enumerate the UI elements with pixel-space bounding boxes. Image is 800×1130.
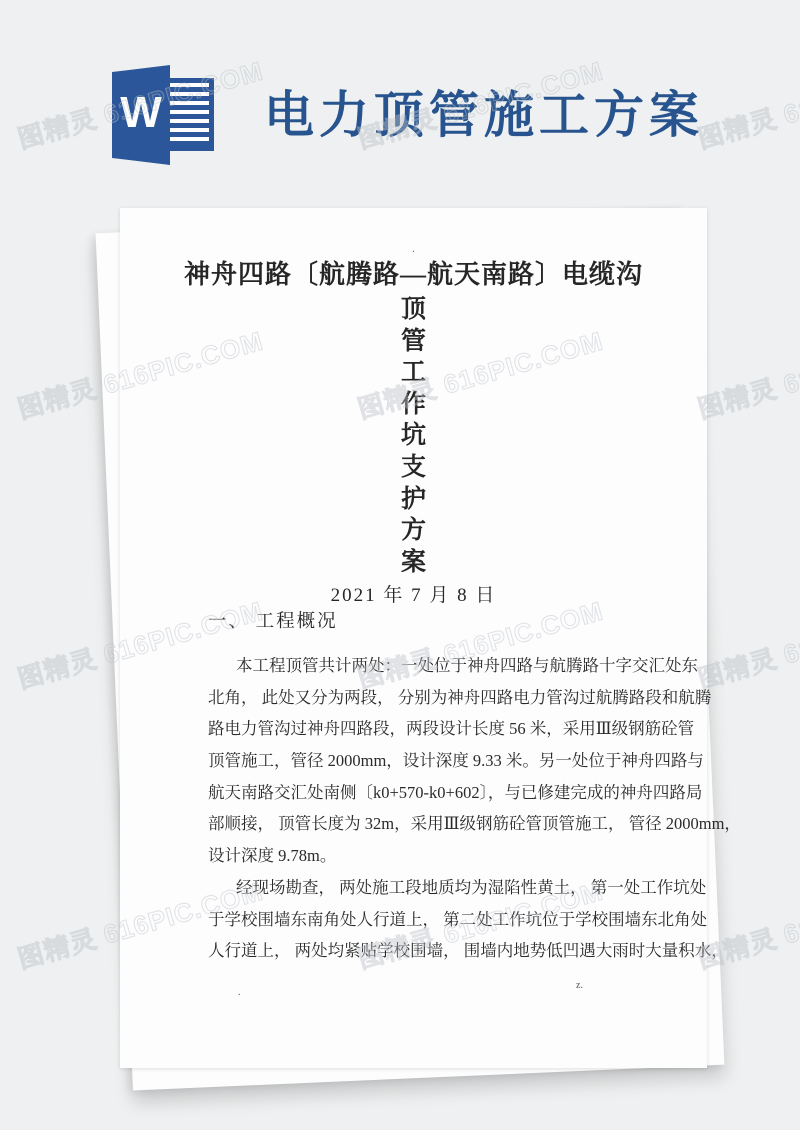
vertical-title-char: 顶 <box>120 294 707 326</box>
body-line: 于学校围墙东南角处人行道上， 第二处工作坑位于学校围墙东北角处 <box>208 904 686 936</box>
footer-mark-left: . <box>238 988 241 998</box>
footer-mark-right: z. <box>576 981 583 991</box>
body-line: 北角， 此处又分为两段， 分别为神舟四路电力管沟过航腾路段和航腾 <box>208 682 686 714</box>
vertical-title-char: 方 <box>120 515 707 547</box>
body-line: 本工程顶管共计两处：一处位于神舟四路与航腾路十字交汇处东 <box>208 650 686 682</box>
header: W 电力顶管施工方案 <box>112 64 704 166</box>
watermark: 图精灵 616PIC.COM <box>693 321 800 427</box>
vertical-title-char: 管 <box>120 326 707 358</box>
body-line: 路电力管沟过神舟四路段，两段设计长度 56 米，采用Ⅲ级钢筋砼管 <box>208 713 686 745</box>
body-line: 设计深度 9.78m。 <box>208 840 686 872</box>
document-page: . 神舟四路〔航腾路—航天南路〕电缆沟 顶 管 工 作 坑 支 护 方 案 20… <box>120 208 707 1068</box>
vertical-title-char: 支 <box>120 452 707 484</box>
body-line: 经现场勘查， 两处施工段地质均为湿陷性黄土， 第一处工作坑处 <box>208 872 686 904</box>
section-heading: 一、 工程概况 <box>208 612 686 632</box>
body-line: 人行道上， 两处均紧贴学校围墙， 围墙内地势低凹遇大雨时大量积水， <box>208 935 686 967</box>
vertical-title-char: 作 <box>120 389 707 421</box>
document-title: 神舟四路〔航腾路—航天南路〕电缆沟 <box>120 254 707 291</box>
word-letter: W <box>120 91 162 139</box>
vertical-title-char: 护 <box>120 484 707 516</box>
document-vertical-title: 顶 管 工 作 坑 支 护 方 案 <box>120 294 707 578</box>
body-line: 部顺接， 顶管长度为 32m，采用Ⅲ级钢筋砼管顶管施工， 管径 2000mm， <box>208 808 686 840</box>
document-body: 一、 工程概况 本工程顶管共计两处：一处位于神舟四路与航腾路十字交汇处东 北角，… <box>208 612 686 967</box>
preview-canvas: W 电力顶管施工方案 . 神舟四路〔航腾路—航天南路〕电缆沟 顶 管 工 作 坑… <box>0 0 800 1130</box>
page-title: 电力顶管施工方案 <box>264 90 704 140</box>
document-date: 2021 年 7 月 8 日 <box>120 580 707 607</box>
body-line: 航天南路交汇处南侧〔k0+570-k0+602〕，与已修建完成的神舟四路局 <box>208 777 686 809</box>
word-icon: W <box>112 65 214 165</box>
word-document-sheet-icon <box>164 78 214 151</box>
word-flag-icon: W <box>112 65 170 165</box>
vertical-title-char: 工 <box>120 357 707 389</box>
body-line: 顶管施工，管径 2000mm，设计深度 9.33 米。另一处位于神舟四路与 <box>208 745 686 777</box>
vertical-title-char: 案 <box>120 547 707 579</box>
vertical-title-char: 坑 <box>120 420 707 452</box>
watermark: 图精灵 616PIC.COM <box>693 51 800 157</box>
watermark: 图精灵 616PIC.COM <box>693 591 800 697</box>
